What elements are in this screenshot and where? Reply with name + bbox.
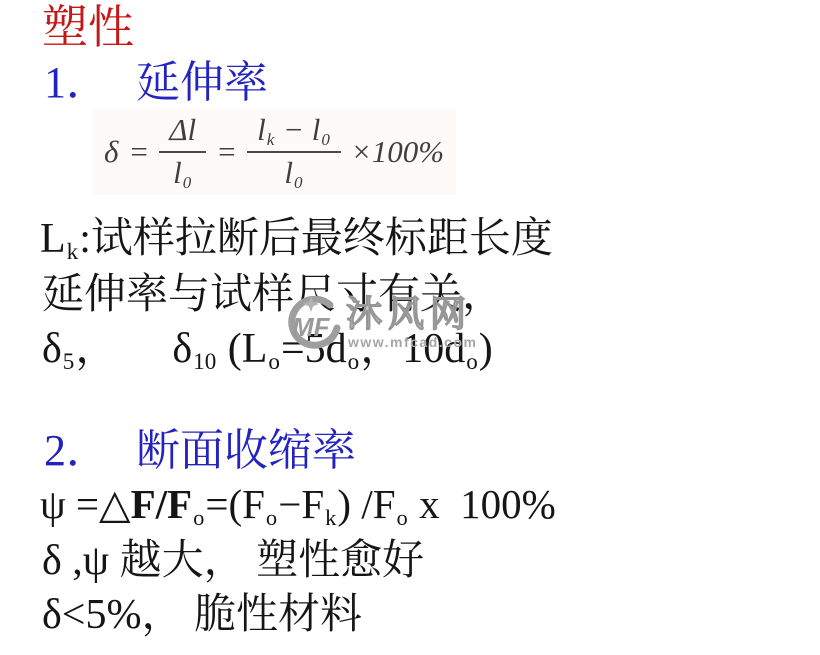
denominator-base: l	[284, 155, 293, 190]
times-100-percent: ×100%	[351, 134, 444, 170]
line-plasticity-better: δ ,ψ 越大， 塑性愈好	[42, 536, 424, 586]
lk-definition-text: :试样拉断后最终标距长度	[79, 216, 553, 262]
minus-fk: −F	[278, 481, 324, 527]
close-paren-over-f: ) /F	[337, 481, 395, 527]
delta10-base: δ	[172, 326, 192, 372]
subscript: o	[266, 505, 277, 530]
fraction-numerator: lk − l0	[247, 114, 341, 153]
delta-f-over-f: △F/F	[99, 481, 192, 527]
line-psi-formula: ψ =△F/Fo=(Fo−Fk) /Fo x 100%	[40, 480, 556, 529]
fraction-lk-minus-l0-over-l0: lk − l0 l0	[247, 114, 341, 189]
slide-title: 塑性	[42, 2, 134, 55]
psi-symbol: ψ	[40, 481, 76, 527]
equals-sign: =	[76, 481, 99, 527]
formula-delta-symbol: δ	[104, 134, 118, 170]
section1-heading-text: 延伸率	[136, 58, 268, 107]
fraction-numerator: Δl	[159, 114, 206, 153]
equals-sign: =	[216, 134, 237, 170]
fraction-denominator: l0	[284, 153, 303, 190]
lk-base: l	[257, 112, 266, 147]
section2-heading: 2．断面收缩率	[44, 426, 356, 477]
comma-10d: ，10d	[360, 326, 465, 372]
slide-canvas: 塑性 1．延伸率 δ = Δl l0 = lk − l0 l0 ×100% Lk…	[0, 0, 820, 655]
equals-open-paren-f: =(F	[205, 481, 265, 527]
subscript: 10	[193, 348, 216, 374]
line-size-dependence: 延伸率与试样尺寸有关，	[42, 270, 504, 320]
section2-heading-text: 断面收缩率	[136, 426, 356, 475]
subscript: 0	[183, 173, 192, 192]
subscript: o	[466, 348, 478, 374]
fraction-denominator: l0	[173, 153, 192, 190]
subscript: o	[268, 348, 280, 374]
section2-number: 2．	[44, 426, 110, 475]
subscript: 0	[294, 173, 303, 192]
fraction-delta-l-over-l0: Δl l0	[159, 114, 206, 189]
equals-5d: =5d	[281, 326, 347, 372]
line-lk-definition: Lk:试样拉断后最终标距长度	[40, 214, 553, 264]
comma: ，	[75, 326, 117, 372]
denominator-base: l	[173, 155, 182, 190]
section1-number: 1．	[44, 58, 110, 107]
subscript: o	[348, 348, 360, 374]
subscript: 0	[321, 130, 330, 149]
lk-base: L	[40, 216, 66, 262]
line-brittle-material: δ<5%， 脆性材料	[42, 590, 362, 640]
l0-base: l	[312, 112, 321, 147]
equals-sign: =	[128, 134, 149, 170]
minus-sign: −	[275, 112, 311, 147]
subscript: k	[67, 238, 79, 264]
elongation-formula: δ = Δl l0 = lk − l0 l0 ×100%	[92, 108, 456, 195]
close-paren: )	[479, 326, 493, 372]
subscript: o	[397, 505, 408, 530]
paren-l-base: (L	[217, 326, 267, 372]
subscript: k	[325, 505, 336, 530]
subscript: o	[193, 505, 204, 530]
delta5-base: δ	[42, 326, 62, 372]
times-100-percent: x 100%	[409, 481, 556, 527]
subscript: 5	[63, 348, 75, 374]
subscript: k	[267, 130, 275, 149]
line-delta-variants: δ5，δ10 (Lo=5do，10do)	[42, 324, 493, 374]
section1-heading: 1．延伸率	[44, 58, 268, 109]
